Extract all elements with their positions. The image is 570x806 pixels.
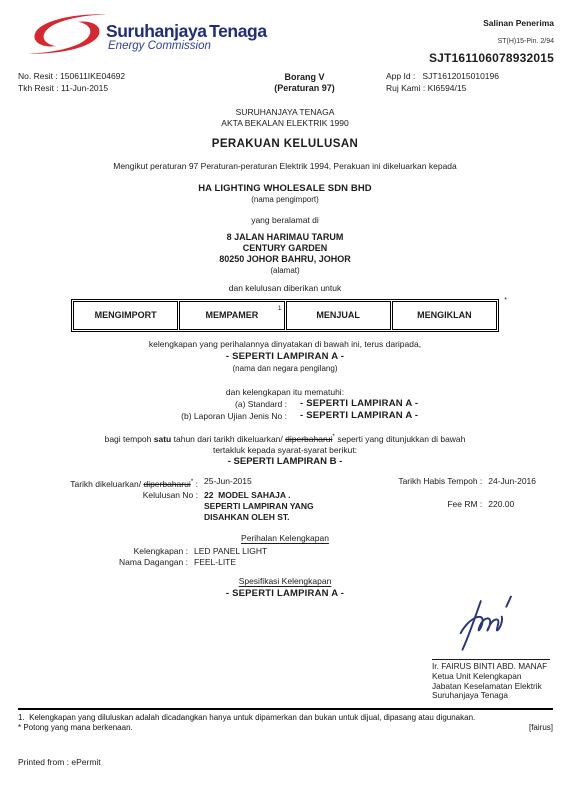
org-name: SURUHANJAYA TENAGA [0,107,570,118]
app-id-value: SJT1612015010196 [422,71,499,81]
brand-value: FEEL-LITE [194,557,570,568]
header-meta: Salinan Penerima ST(H)15-Pin. 2/94 SJT16… [429,10,554,64]
form-regulation: (Peraturan 97) [274,83,335,94]
our-ref: Ruj Kami : KI6594/15 [386,83,554,94]
reference-row: No. Resit : 150611IKE04692 Tkh Resit : 1… [0,64,570,95]
approval-no-label: Kelulusan No : [16,490,198,523]
footnote-2: * Potong yang mana berkenaan. [18,723,133,733]
officer-stamp: [fairus] [529,723,553,733]
printed-from: Printed from : ePermit [18,757,101,768]
logo-text: Suruhanjaya Tenaga Energy Commission [106,22,267,53]
approval-activities-table: * MENGIMPORT MEMPAMER1 MENJUAL MENGIKLAN [71,299,499,332]
expiry-date-value: 24-Jun-2016 [488,476,536,499]
details-right: Tarikh Habis Tempoh : 24-Jun-2016 Fee RM… [370,476,536,523]
form-code: ST(H)15-Pin. 2/94 [429,36,554,47]
receipt-info: No. Resit : 150611IKE04692 Tkh Resit : 1… [18,71,223,95]
details-left: Tarikh dikeluarkan/ diperbaharui* : 25-J… [16,476,314,523]
activity-cell-menjual: MENJUAL [286,301,391,330]
signature-line [432,659,550,660]
footnote-1: 1. Kelengkapan yang diluluskan adalah di… [18,713,553,723]
fee-value: 220.00 [488,499,536,522]
address-caption: (alamat) [0,265,570,276]
expiry-date-label: Tarikh Habis Tempoh : [370,476,482,499]
suruhanjaya-tenaga-logo: Suruhanjaya Tenaga Energy Commission [24,10,267,64]
application-info: App Id : SJT1612015010196 Ruj Kami : KI6… [386,71,554,95]
act-name: AKTA BEKALAN ELEKTRIK 1990 [0,118,570,129]
spec-section-title: Spesifikasi Kelengkapan [0,576,570,587]
table-asterisk: * [504,295,507,306]
details-section: Tarikh dikeluarkan/ diperbaharui* : 25-J… [0,476,570,523]
certificate-title: PERAKUAN KELULUSAN [0,137,570,151]
importer-caption: (nama pengimport) [0,194,570,205]
standard-value: - SEPERTI LAMPIRAN A - [300,398,570,410]
address-intro: yang beralamat di [0,215,570,226]
st-swoosh-icon [24,12,110,56]
receipt-date-value: 11-Jun-2015 [61,83,108,93]
conditions-lampiran: - SEPERTI LAMPIRAN B - [0,456,570,468]
footnotes: 1. Kelengkapan yang diluluskan adalah di… [18,708,553,733]
comply-intro: dan kelengkapan itu mematuhi: [0,387,570,398]
signature-scrawl-icon [450,592,528,656]
comply-list: (a) Standard : - SEPERTI LAMPIRAN A - (b… [0,398,570,422]
signatory-org: Suruhanjaya Tenaga [432,691,554,701]
page-header: Suruhanjaya Tenaga Energy Commission Sal… [0,0,570,64]
approval-intro: dan kelulusan diberikan untuk [0,283,570,294]
receipt-date-label: Tkh Resit : [18,83,59,93]
standard-label: (a) Standard : [0,398,287,410]
our-ref-label: Ruj Kami : [386,83,425,93]
validity-strikethrough: diperbaharui [285,434,332,444]
description-list: Kelengkapan : LED PANEL LIGHT Nama Dagan… [0,546,570,568]
app-id: App Id : SJT1612015010196 [386,71,554,82]
issued-date-label: Tarikh dikeluarkan/ diperbaharui* : [16,476,198,490]
activity-cell-mengimport: MENGIMPORT [73,301,178,330]
manufacturer-lampiran: - SEPERTI LAMPIRAN A - [0,351,570,363]
validity-duration: satu [154,434,171,444]
receipt-date: Tkh Resit : 11-Jun-2015 [18,83,223,94]
validity-paragraph: bagi tempoh satu tahun dari tarikh dikel… [0,431,570,445]
receipt-no-value: 150611IKE04692 [60,71,125,81]
activity-sup-1: 1 [278,303,282,314]
description-section-title: Perihalan Kelengkapan [0,533,570,544]
manufacturer-caption: (nama dan negara pengilang) [0,363,570,374]
form-title: Borang V [274,72,335,83]
address-block: 8 JALAN HARIMAU TARUM CENTURY GARDEN 802… [0,232,570,265]
test-report-value: - SEPERTI LAMPIRAN A - [300,410,570,422]
logo-name: Suruhanjaya Tenaga [106,22,267,40]
receipt-no-label: No. Resit : [18,71,58,81]
issued-date-value: 25-Jun-2015 [204,476,314,490]
signature-block: Ir. FAIRUS BINTI ABD. MANAF Ketua Unit K… [432,592,554,701]
equipment-intro: kelengkapan yang perihalannya dinyatakan… [0,339,570,350]
certificate-intro: Mengikut peraturan 97 Peraturan-peratura… [0,161,570,172]
activity-cell-mengiklan: MENGIKLAN [392,301,497,330]
test-report-label: (b) Laporan Ujian Jenis No : [0,410,287,422]
equipment-label: Kelengkapan : [0,546,188,557]
brand-label: Nama Dagangan : [0,557,188,568]
address-line-1: 8 JALAN HARIMAU TARUM [0,232,570,243]
copy-label: Salinan Penerima [429,18,554,29]
receipt-no: No. Resit : 150611IKE04692 [18,71,223,82]
form-title-block: Borang V (Peraturan 97) [274,71,335,95]
address-line-3: 80250 JOHOR BAHRU, JOHOR [0,254,570,265]
fee-label: Fee RM : [370,499,482,522]
importer-name: HA LIGHTING WHOLESALE SDN BHD [0,183,570,194]
activity-cell-mempamer: MEMPAMER1 [179,301,284,330]
equipment-value: LED PANEL LIGHT [194,546,570,557]
address-line-2: CENTURY GARDEN [0,243,570,254]
conditions-line: tertakluk kepada syarat-syarat berikut: [0,445,570,456]
approval-no-value: 22 MODEL SAHAJA . SEPERTI LAMPIRAN YANG … [204,490,314,523]
certificate-serial: SJT161106078932015 [429,53,554,64]
certificate-page: Suruhanjaya Tenaga Energy Commission Sal… [0,0,570,806]
app-id-label: App Id : [386,71,415,81]
logo-subtitle: Energy Commission [108,40,267,53]
our-ref-value: KI6594/15 [428,83,467,93]
